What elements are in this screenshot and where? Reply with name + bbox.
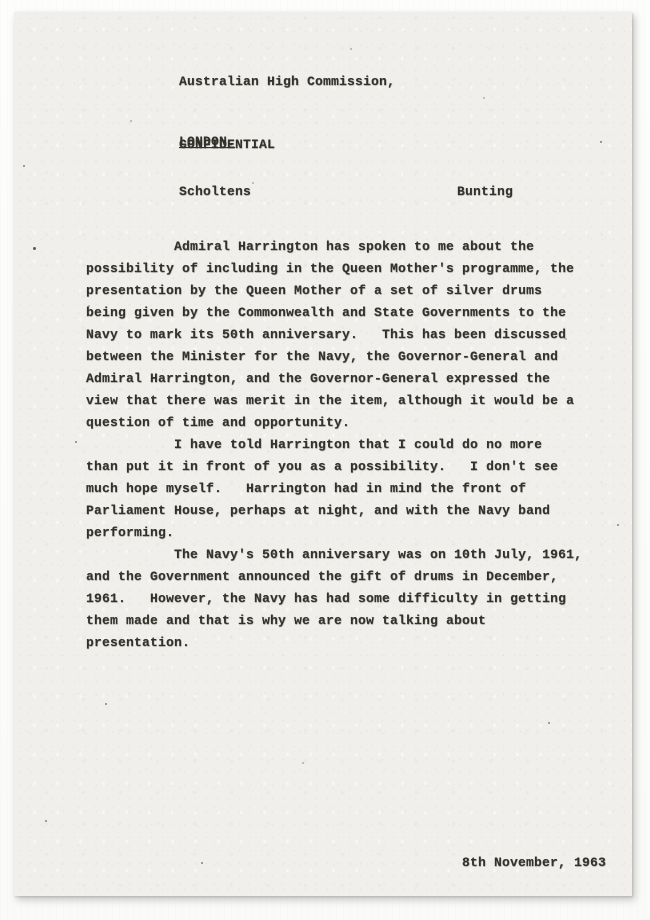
ink-speck — [617, 524, 619, 526]
ink-speck — [565, 338, 567, 340]
ink-speck — [75, 441, 77, 443]
ink-speck — [33, 247, 36, 250]
sender-name: Scholtens — [179, 184, 251, 199]
ink-speck — [23, 165, 25, 167]
correspondents-row: Scholtens Bunting — [14, 184, 632, 204]
paragraph-1: Admiral Harrington has spoken to me abou… — [86, 236, 596, 434]
ink-speck — [548, 722, 550, 724]
classification-label: CONFIDENTIAL — [179, 137, 275, 152]
ink-speck — [88, 305, 90, 307]
ink-speck — [201, 862, 203, 864]
paragraph-2: I have told Harrington that I could do n… — [86, 434, 596, 544]
ink-speck — [252, 182, 254, 184]
letter-date: 8th November, 1963 — [462, 855, 606, 870]
ink-speck — [130, 120, 132, 122]
ink-speck — [105, 703, 107, 705]
recipient-name: Bunting — [457, 184, 513, 199]
ink-speck — [350, 48, 352, 50]
ink-speck — [302, 762, 304, 764]
letterhead: Australian High Commission, LONDON. — [179, 32, 395, 192]
letter-body: Admiral Harrington has spoken to me abou… — [86, 236, 596, 654]
letterhead-organisation: Australian High Commission, — [179, 72, 395, 92]
ink-speck — [600, 141, 602, 143]
paragraph-3: The Navy's 50th anniversary was on 10th … — [86, 544, 596, 654]
ink-speck — [45, 820, 47, 822]
ink-speck — [483, 97, 485, 99]
scanned-letter-page: Australian High Commission, LONDON. CONF… — [14, 12, 632, 896]
